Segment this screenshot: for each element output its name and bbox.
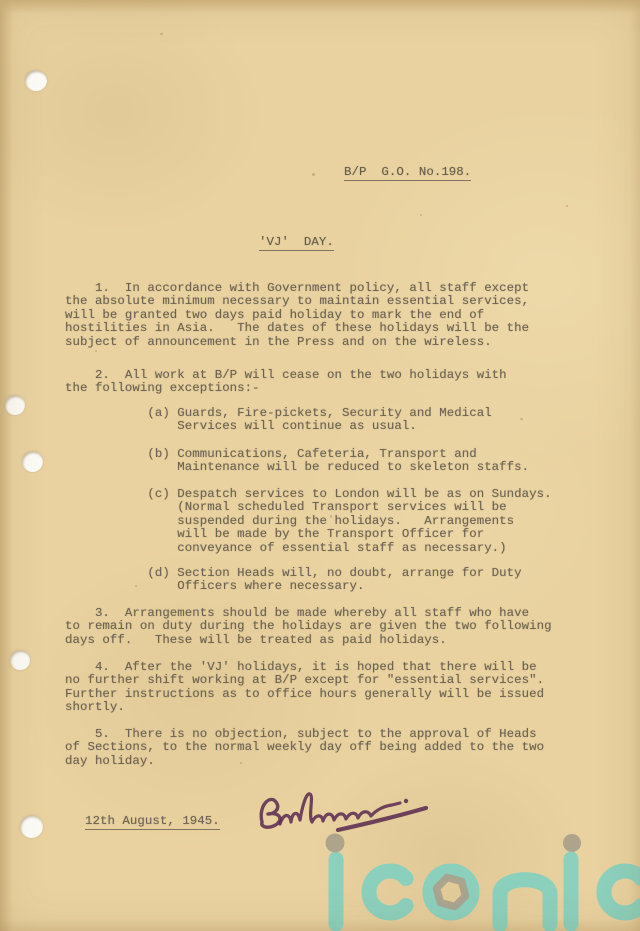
watermark-letter-c <box>369 871 406 913</box>
watermark-i-dot <box>326 834 345 853</box>
watermark-hexagon-icon <box>437 878 466 907</box>
punch-hole <box>20 815 43 838</box>
paragraph-1: 1. In accordance with Government policy,… <box>65 282 529 349</box>
document-page: B/P G.O. No.198. 'VJ' DAY. 1. In accorda… <box>0 0 640 931</box>
document-title: 'VJ' DAY. <box>259 236 334 249</box>
exception-item-b: (b) Communications, Cafeteria, Transport… <box>65 448 529 475</box>
punch-hole <box>5 395 25 415</box>
watermark-i-dot <box>563 834 581 852</box>
exception-item-c: (c) Despatch services to London will be … <box>65 488 552 555</box>
reference-text: B/P G.O. No.198. <box>344 165 471 181</box>
paper-speck <box>520 418 523 420</box>
document-reference: B/P G.O. No.198. <box>344 166 471 179</box>
paper-speck <box>160 33 163 35</box>
paragraph-3: 3. Arrangements should be made whereby a… <box>65 607 552 647</box>
exception-item-d: (d) Section Heads will, no doubt, arrang… <box>65 567 522 594</box>
punch-hole <box>25 70 47 91</box>
watermark-letter-c <box>604 871 640 913</box>
watermark-letter-n <box>500 880 550 925</box>
document-date: 12th August, 1945. <box>85 815 220 828</box>
watermark-logo <box>290 818 640 931</box>
date-text: 12th August, 1945. <box>85 814 220 830</box>
paragraph-5: 5. There is no objection, subject to the… <box>65 728 544 768</box>
paper-speck <box>312 173 315 176</box>
paper-speck <box>566 205 568 207</box>
paper-speck <box>95 350 97 352</box>
paragraph-2: 2. All work at B/P will cease on the two… <box>65 369 507 396</box>
punch-hole <box>22 451 43 472</box>
paragraph-4: 4. After the 'VJ' holidays, it is hoped … <box>65 661 544 715</box>
title-text: 'VJ' DAY. <box>259 235 334 251</box>
punch-hole <box>10 650 30 670</box>
paper-speck <box>420 214 422 216</box>
exception-item-a: (a) Guards, Fire-pickets, Security and M… <box>65 407 492 434</box>
